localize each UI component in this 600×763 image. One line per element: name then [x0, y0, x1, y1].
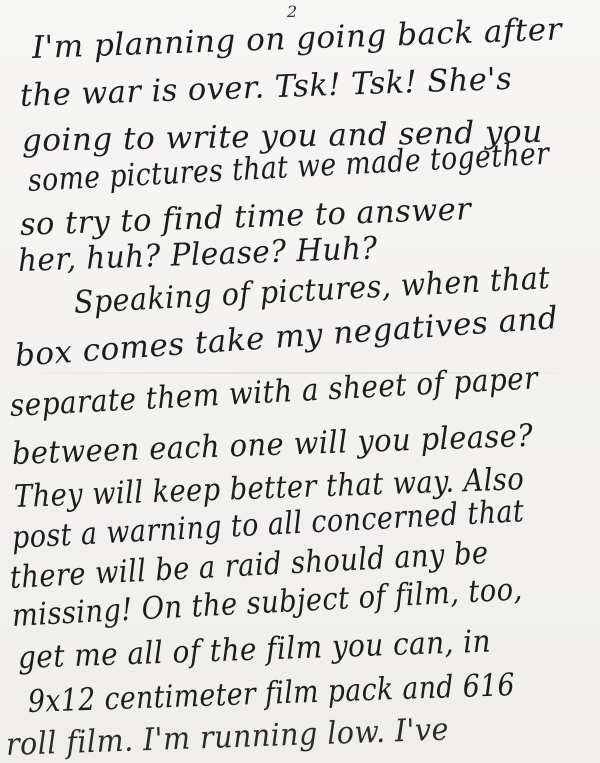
letter-line-15: get me all of the film you can, in [17, 623, 491, 675]
letter-line-9: separate them with a sheet of paper [9, 360, 539, 424]
letter-line-17: roll film. I'm running low. I've [5, 712, 449, 763]
page-number: 2 [287, 2, 297, 21]
letter-line-2: the war is over. Tsk! Tsk! She's [19, 61, 512, 114]
letter-page: 2 I'm planning on going back after the w… [0, 0, 600, 763]
